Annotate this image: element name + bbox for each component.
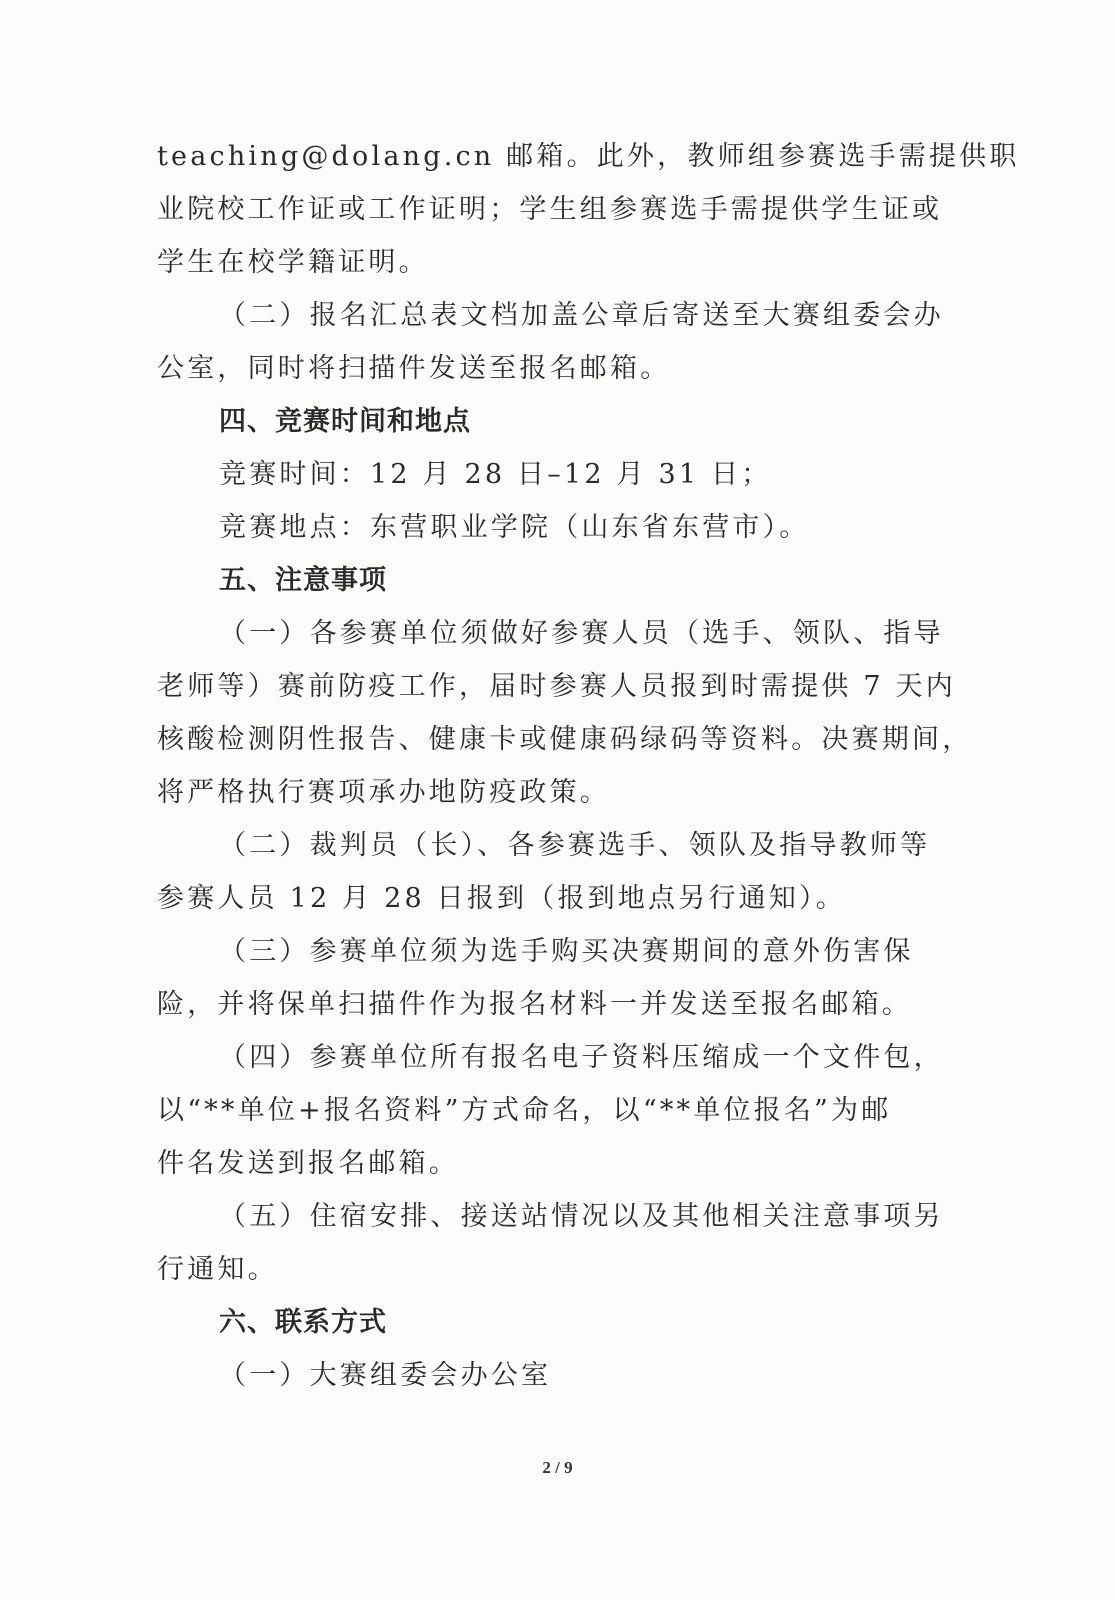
body-line: 公室，同时将扫描件发送至报名邮箱。 (157, 342, 947, 395)
paragraph-line: （一）大赛组委会办公室 (157, 1349, 947, 1402)
section-heading-contact: 六、联系方式 (157, 1296, 947, 1349)
section-heading-time-location: 四、竞赛时间和地点 (157, 395, 947, 448)
body-line: 参赛人员 12 月 28 日报到（报到地点另行通知）。 (157, 872, 947, 925)
body-line: teaching@dolang.cn 邮箱。此外，教师组参赛选手需提供职 (157, 130, 947, 183)
body-line: 业院校工作证或工作证明；学生组参赛选手需提供学生证或 (157, 183, 947, 236)
paragraph-line: （五）住宿安排、接送站情况以及其他相关注意事项另 (157, 1190, 947, 1243)
body-line: 险，并将保单扫描件作为报名材料一并发送至报名邮箱。 (157, 978, 947, 1031)
section-heading-notes: 五、注意事项 (157, 554, 947, 607)
body-line: 件名发送到报名邮箱。 (157, 1137, 947, 1190)
paragraph-line: （三）参赛单位须为选手购买决赛期间的意外伤害保 (157, 925, 947, 978)
body-line: 行通知。 (157, 1243, 947, 1296)
body-line: 老师等）赛前防疫工作，届时参赛人员报到时需提供 7 天内 (157, 660, 947, 713)
paragraph-line: （一）各参赛单位须做好参赛人员（选手、领队、指导 (157, 607, 947, 660)
competition-time: 竞赛时间：12 月 28 日–12 月 31 日； (157, 448, 947, 501)
page-number: 2 / 9 (0, 1458, 1115, 1478)
document-body: teaching@dolang.cn 邮箱。此外，教师组参赛选手需提供职 业院校… (157, 130, 947, 1402)
paragraph-line: （四）参赛单位所有报名电子资料压缩成一个文件包， (157, 1031, 947, 1084)
paragraph-line: （二）报名汇总表文档加盖公章后寄送至大赛组委会办 (157, 289, 947, 342)
body-line: 核酸检测阴性报告、健康卡或健康码绿码等资料。决赛期间， (157, 713, 947, 766)
body-line: 将严格执行赛项承办地防疫政策。 (157, 766, 947, 819)
competition-location: 竞赛地点：东营职业学院（山东省东营市）。 (157, 501, 947, 554)
body-line: 以“**单位+报名资料”方式命名，以“**单位报名”为邮 (157, 1084, 947, 1137)
body-line: 学生在校学籍证明。 (157, 236, 947, 289)
paragraph-line: （二）裁判员（长）、各参赛选手、领队及指导教师等 (157, 819, 947, 872)
